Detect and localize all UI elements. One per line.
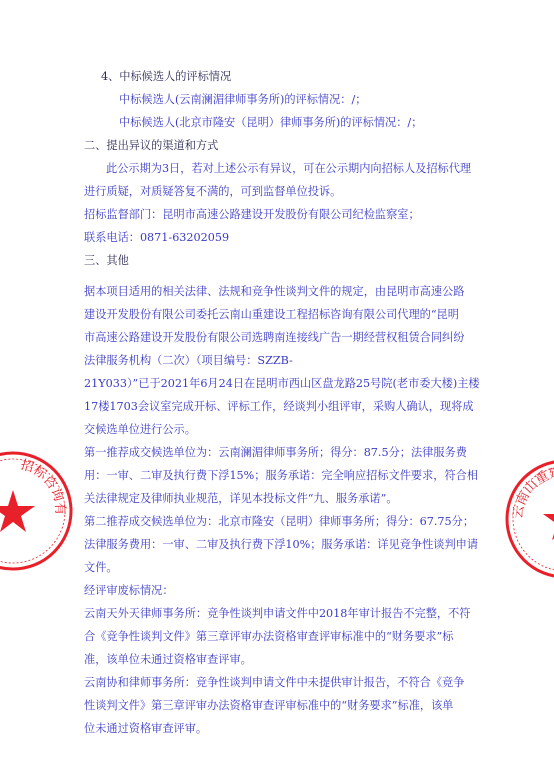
text-line: 经评审废标情况：: [84, 584, 174, 598]
text-line: 据本项目适用的相关法律、法规和竞争性谈判文件的规定，由昆明市高速公路: [84, 285, 464, 299]
star-icon: [0, 490, 35, 532]
section-heading: 三、其他: [84, 254, 129, 268]
text-line: 17楼1703会议室完成开标、评标工作，经谈判小组评审，采购人确认，现将成: [84, 400, 474, 414]
text-line: 联系电话：0871-63202059: [84, 231, 229, 245]
text-line: 中标候选人(云南澜湄律师事务所)的评标情况：/；: [119, 93, 366, 107]
text-line: 招标监督部门：昆明市高速公路建设开发股份有限公司纪检监察室；: [84, 208, 420, 222]
text-line: 中标候选人(北京市隆安（昆明）律师事务所)的评标情况：/；: [119, 116, 422, 130]
text-line: 第二推荐成交候选单位为：北京市隆安（昆明）律师事务所；得分：67.75分；: [84, 515, 474, 529]
left-seal-stamp: 招标咨询有限公司: [0, 448, 76, 574]
text-line: 此公示期为3日，若对上述公示有异议，可在公示期内向招标人及招标代理: [106, 162, 471, 176]
text-line: 法律服务费用：一审、二审及执行费下浮10%；服务承诺：详见竞争性谈判申请: [84, 538, 478, 552]
section-heading: 二、提出异议的渠道和方式: [84, 139, 218, 153]
text-line: 市高速公路建设开发股份有限公司选聘南连接线广告一期经营权租赁合同纠纷: [84, 331, 464, 345]
text-line: 21Y033）”已于2021年6月24日在昆明市西山区盘龙路25号院(老市委大楼…: [84, 377, 480, 391]
text-line: 位未通过资格审查评审。: [84, 722, 207, 736]
text-line: 合《竞争性谈判文件》第三章评审办法资格审查评审标准中的“财务要求”标: [84, 630, 453, 644]
text-line: 第一推荐成交候选单位为：云南澜湄律师事务所；得分：87.5分；法律服务费: [84, 446, 467, 460]
section-heading: 4、中标候选人的评标情况: [101, 70, 231, 84]
text-line: 性谈判文件》第三章评审办法资格审查评审标准中的“财务要求”标准，该单: [84, 699, 453, 713]
text-line: 建设开发股份有限公司委托云南山重建设工程招标咨询有限公司代理的“昆明: [84, 308, 459, 322]
text-line: 进行质疑，对质疑答复不满的，可到监督单位投诉。: [84, 185, 341, 199]
text-line: 准，该单位未通过资格审查评审。: [84, 653, 252, 667]
text-line: 交候选单位进行公示。: [84, 423, 196, 437]
right-seal-stamp: 云南山重建设工程: [502, 456, 554, 582]
text-line: 文件。: [84, 561, 118, 575]
text-line: 关法律规定及律师执业规范，详见本投标文件“九、服务承诺”。: [84, 492, 398, 506]
text-line: 用：一审、二审及执行费下浮15%；服务承诺：完全响应招标文件要求，符合相: [84, 469, 478, 483]
text-line: 云南天外天律师事务所：竞争性谈判申请文件中2018年审计报告不完整，不符: [84, 607, 470, 621]
text-line: 法律服务机构（二次）（项目编号：SZZB-: [84, 354, 293, 368]
text-line: 云南协和律师事务所：竞争性谈判申请文件中未提供审计报告，不符合《竞争: [84, 676, 464, 690]
star-icon: [543, 498, 554, 540]
